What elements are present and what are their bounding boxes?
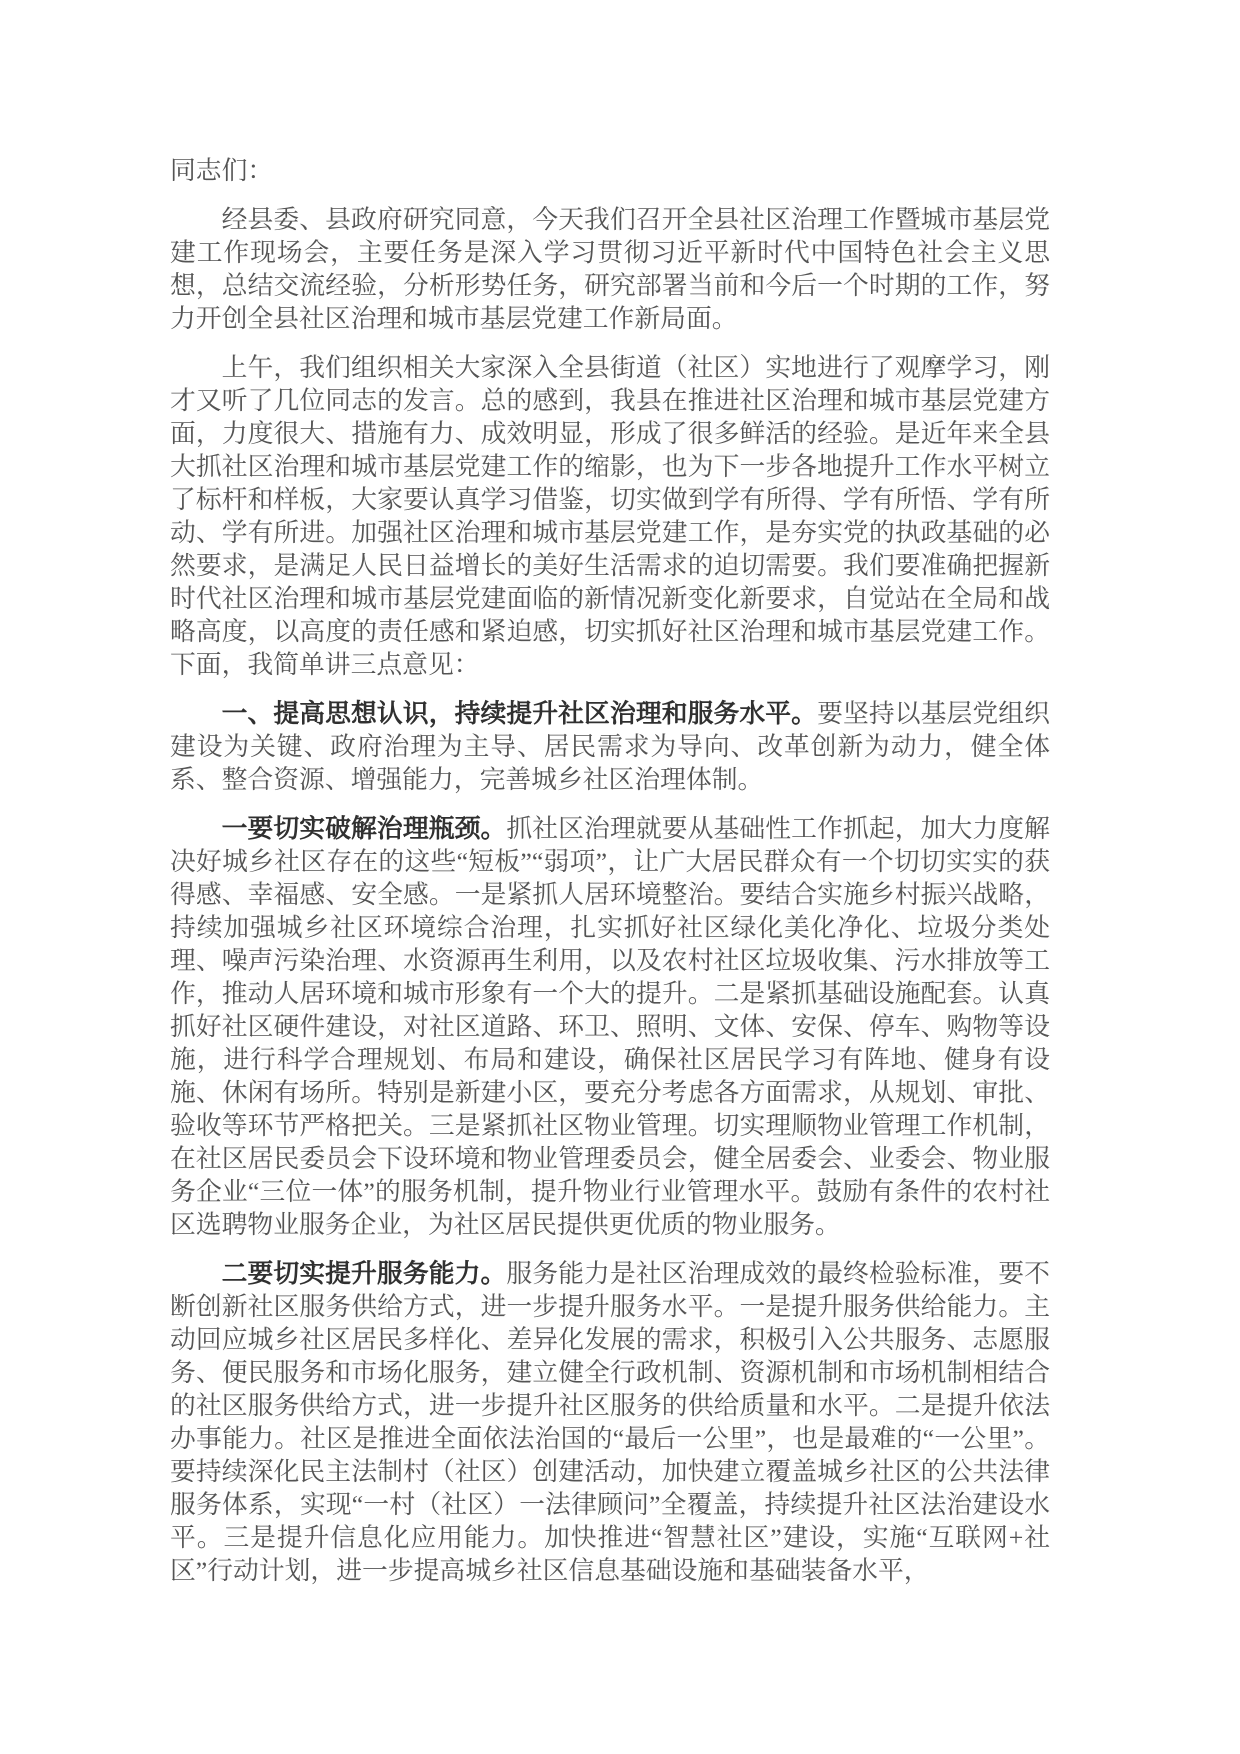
- document-page: 同志们： 经县委、县政府研究同意，今天我们召开全县社区治理工作暨城市基层党建工作…: [0, 0, 1240, 1754]
- point-1-paragraph: 一要切实破解治理瓶颈。抓社区治理就要从基础性工作抓起，加大力度解决好城乡社区存在…: [170, 812, 1050, 1241]
- document-body: 同志们： 经县委、县政府研究同意，今天我们召开全县社区治理工作暨城市基层党建工作…: [170, 154, 1050, 1587]
- point-2-text: 服务能力是社区治理成效的最终检验标准，要不断创新社区服务供给方式，进一步提升服务…: [170, 1259, 1050, 1585]
- opening-paragraph-text: 经县委、县政府研究同意，今天我们召开全县社区治理工作暨城市基层党建工作现场会，主…: [170, 205, 1050, 333]
- point-2-paragraph: 二要切实提升服务能力。服务能力是社区治理成效的最终检验标准，要不断创新社区服务供…: [170, 1257, 1050, 1587]
- point-1-title: 一要切实破解治理瓶颈。: [222, 814, 507, 843]
- review-paragraph-text: 上午，我们组织相关大家深入全县街道（社区）实地进行了观摩学习，刚才又听了几位同志…: [170, 353, 1050, 679]
- review-paragraph: 上午，我们组织相关大家深入全县街道（社区）实地进行了观摩学习，刚才又听了几位同志…: [170, 351, 1050, 681]
- point-2-title: 二要切实提升服务能力。: [222, 1259, 507, 1288]
- section-1-paragraph: 一、提高思想认识，持续提升社区治理和服务水平。要坚持以基层党组织建设为关键、政府…: [170, 697, 1050, 796]
- opening-paragraph: 经县委、县政府研究同意，今天我们召开全县社区治理工作暨城市基层党建工作现场会，主…: [170, 203, 1050, 335]
- salutation: 同志们：: [170, 154, 1050, 187]
- point-1-text: 抓社区治理就要从基础性工作抓起，加大力度解决好城乡社区存在的这些“短板”“弱项”…: [170, 814, 1050, 1239]
- section-1-title: 一、提高思想认识，持续提升社区治理和服务水平。: [222, 699, 817, 728]
